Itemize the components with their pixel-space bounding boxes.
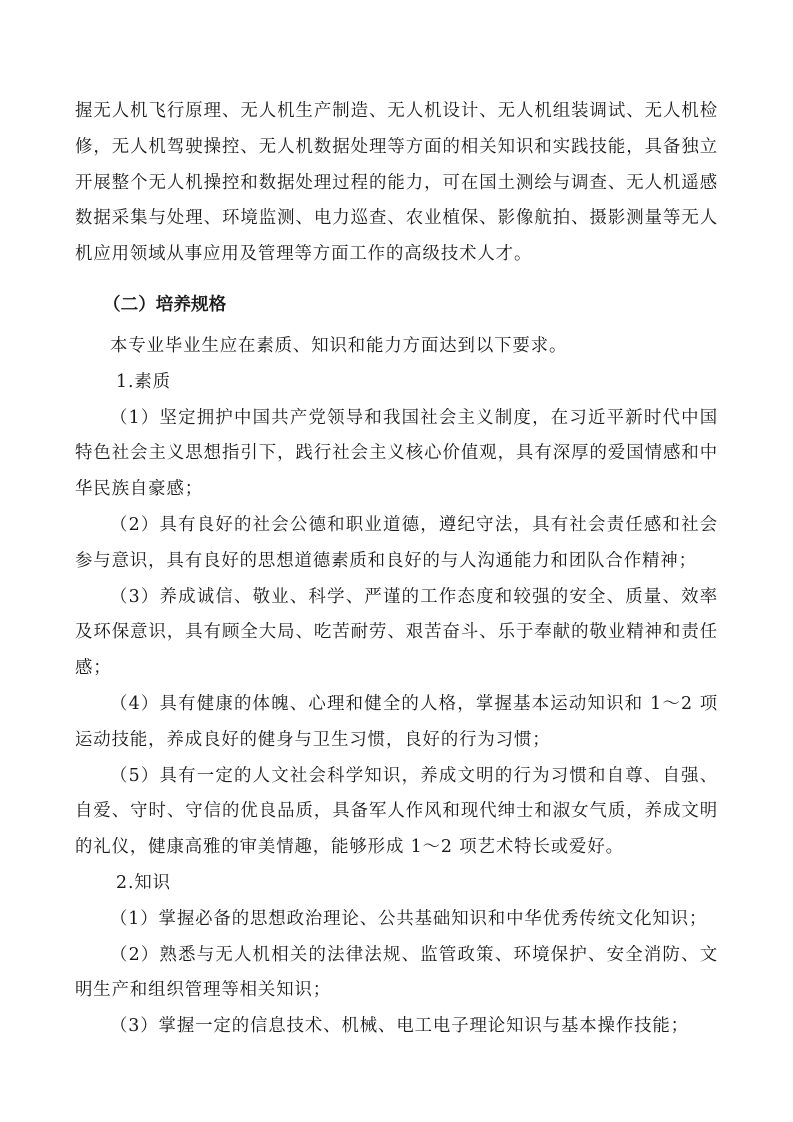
intro-paragraph: 握无人机飞行原理、无人机生产制造、无人机设计、无人机组装调试、无人机检修，无人机… — [75, 94, 718, 273]
document-page: 握无人机飞行原理、无人机生产制造、无人机设计、无人机组装调试、无人机检修，无人机… — [75, 94, 718, 1045]
knowledge-item-2: （2）熟悉与无人机相关的法律法规、监管政策、环境保护、安全消防、文明生产和组织管… — [75, 938, 718, 1010]
quality-item-1: （1）坚定拥护中国共产党领导和我国社会主义制度，在习近平新时代中国特色社会主义思… — [75, 401, 718, 508]
quality-item-2: （2）具有良好的社会公德和职业道德，遵纪守法，具有社会责任感和社会参与意识，具有… — [75, 508, 718, 580]
quality-item-4: （4）具有健康的体魄、心理和健全的人格，掌握基本运动知识和 1～2 项运动技能，… — [75, 687, 718, 759]
knowledge-item-1: （1）掌握必备的思想政治理论、公共基础知识和中华优秀传统文化知识； — [75, 902, 718, 938]
subsection-title-quality: 1.素质 — [75, 365, 718, 401]
knowledge-item-3: （3）掌握一定的信息技术、机械、电工电子理论知识与基本操作技能； — [75, 1009, 718, 1045]
section-heading: （二）培养规格 — [75, 279, 718, 331]
quality-item-3: （3）养成诚信、敬业、科学、严谨的工作态度和较强的安全、质量、效率及环保意识，具… — [75, 580, 718, 687]
subsection-title-knowledge: 2.知识 — [75, 866, 718, 902]
section-intro: 本专业毕业生应在素质、知识和能力方面达到以下要求。 — [75, 329, 718, 365]
quality-item-5: （5）具有一定的人文社会科学知识，养成文明的行为习惯和自尊、自强、自爱、守时、守… — [75, 759, 718, 866]
